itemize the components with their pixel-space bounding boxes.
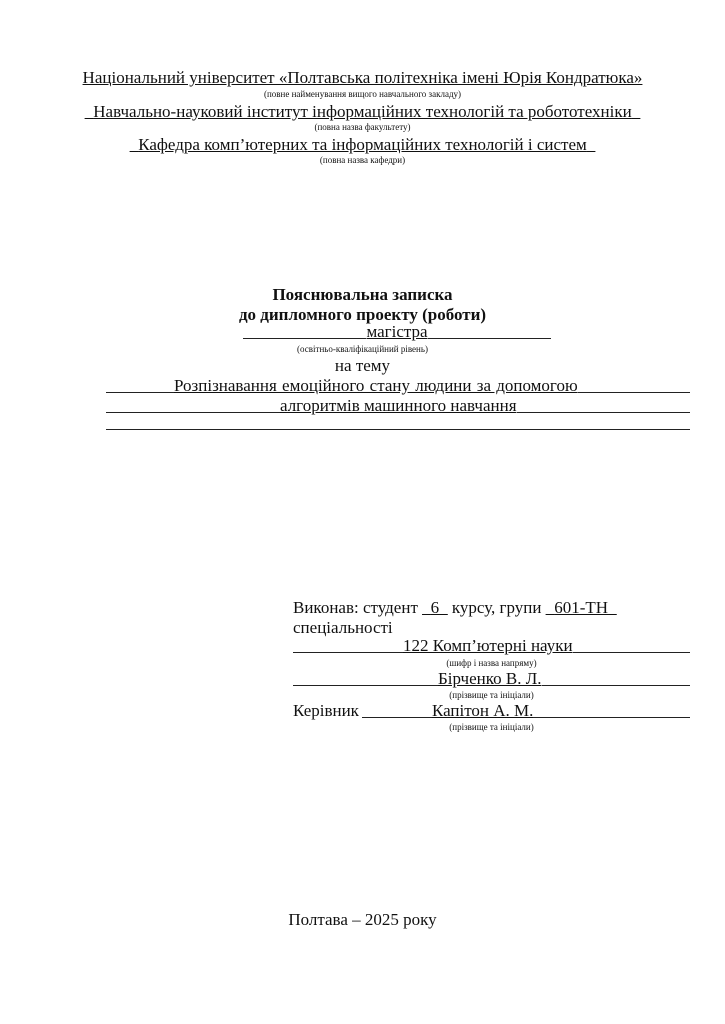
topic-text-1: Розпізнавання емоційного стану людини за… [174,376,578,396]
institute-caption: (повна назва факультету) [0,122,725,133]
course-value: 6 [431,598,440,617]
supervisor-name: Капітон А. М. [432,701,533,721]
specialty-caption: (шифр і назва напряму) [293,658,690,669]
department-name: _Кафедра комп’ютерних та інформаційних т… [0,135,725,155]
supervisor-caption: (прізвище та ініціали) [293,722,690,733]
specialty-field: 122 Комп’ютерні науки [293,636,690,656]
performed-by-line: Виконав: студент _6_ курсу, групи _601-Т… [293,598,617,618]
institute-name: _Навчально-науковий інститут інформаційн… [0,102,725,122]
on-topic-label: на тему [0,356,725,376]
university-caption: (повне найменування вищого навчального з… [0,89,725,100]
city-year: Полтава – 2025 року [0,910,725,930]
performed-label: Виконав: студент [293,598,418,617]
specialty-value: 122 Комп’ютерні науки [403,636,573,656]
department-name-text: Кафедра комп’ютерних та інформаційних те… [138,135,587,154]
supervisor-label: Керівник [293,701,359,721]
student-name: Бірченко В. Л. [438,669,542,689]
supervisor-field: КерівникКапітон А. М. [293,701,690,721]
university-name-text: Національний університет «Полтавська пол… [83,68,643,87]
specialty-label: спеціальності [293,618,393,638]
topic-line-1: Розпізнавання емоційного стану людини за… [106,376,690,396]
institute-name-text: Навчально-науковий інститут інформаційни… [93,102,631,121]
student-name-field: Бірченко В. Л. [293,669,690,689]
topic-line-3 [106,413,690,433]
degree-level: магістра [366,322,427,342]
department-caption: (повна назва кафедри) [0,155,725,166]
student-name-caption: (прізвище та ініціали) [293,690,690,701]
degree-level-field: магістра [243,322,551,342]
degree-level-caption: (освітньо-кваліфікаційний рівень) [0,344,725,355]
group-value: 601-ТН [554,598,608,617]
doc-title-line1: Пояснювальна записка [0,285,725,305]
course-label: курсу, групи [452,598,542,617]
university-name: Національний університет «Полтавська пол… [0,68,725,88]
